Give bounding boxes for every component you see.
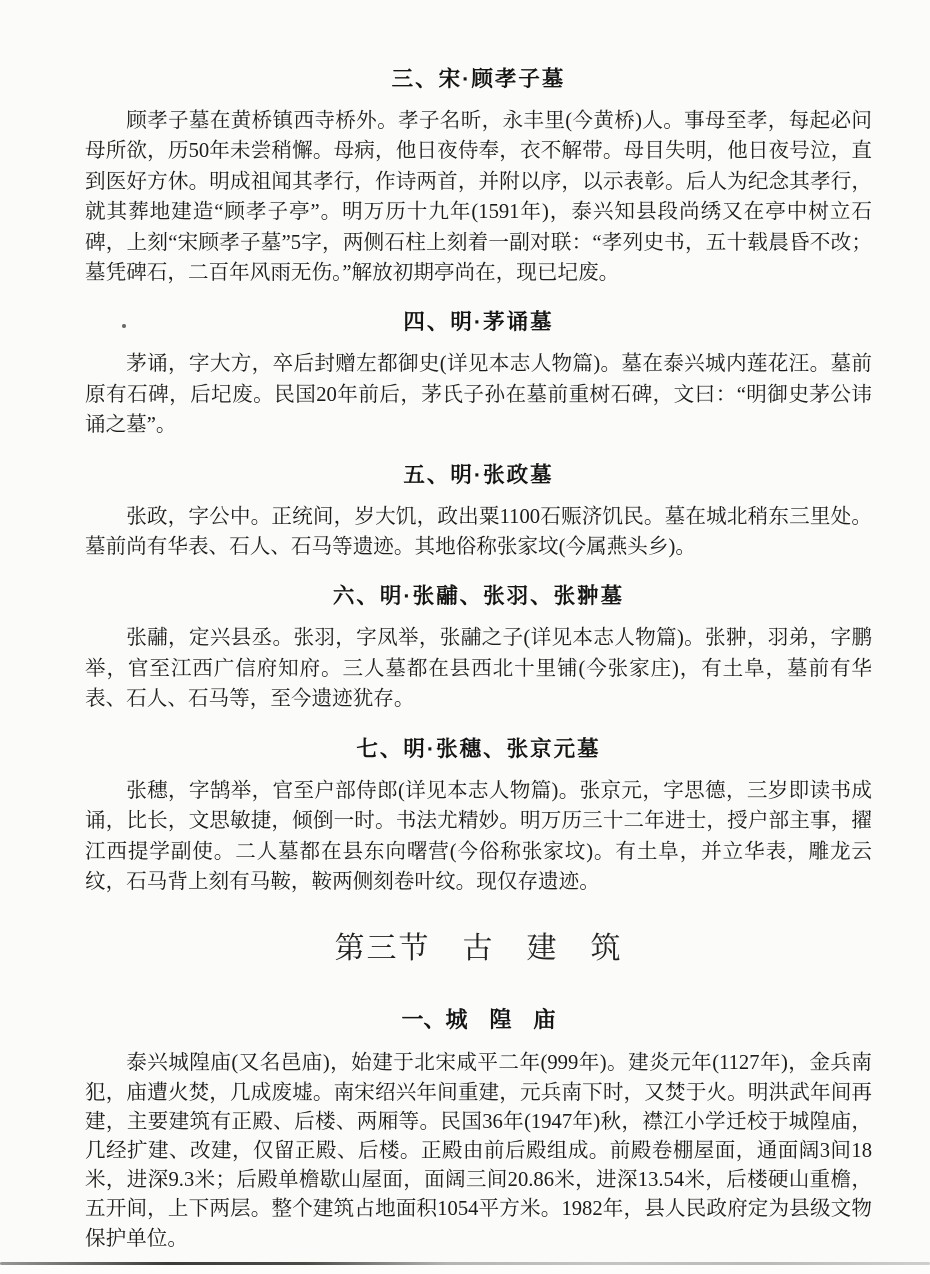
section-heading: 五、明·张政墓 bbox=[85, 462, 872, 488]
section-paragraph: 张穗，字鹄举，官至户部侍郎(详见本志人物篇)。张京元，字思德，三岁即读书成诵，比… bbox=[85, 776, 872, 898]
section-song-gu-xiaozi-tomb: 三、宋·顾孝子墓 顾孝子墓在黄桥镇西寺桥外。孝子名昕，永丰里(今黄桥)人。事母至… bbox=[85, 66, 872, 288]
section-ming-zhang-zheng-tomb: 五、明·张政墓 张政，字公中。正统间，岁大饥，政出粟1100石赈济饥民。墓在城北… bbox=[85, 462, 872, 563]
section-ming-mao-song-tomb: 四、明·茅诵墓 茅诵，字大方，卒后封赠左都御史(详见本志人物篇)。墓在泰兴城内莲… bbox=[85, 309, 872, 440]
page-content: 三、宋·顾孝子墓 顾孝子墓在黄桥镇西寺桥外。孝子名昕，永丰里(今黄桥)人。事母至… bbox=[85, 60, 872, 1254]
section-ming-zhang-sui-jingyuan-tombs: 七、明·张穗、张京元墓 张穗，字鹄举，官至户部侍郎(详见本志人物篇)。张京元，字… bbox=[85, 736, 872, 898]
section-paragraph: 张鬴，定兴县丞。张羽，字凤举，张鬴之子(详见本志人物篇)。张翀，羽弟，字鹏举，官… bbox=[85, 623, 872, 714]
section-paragraph: 顾孝子墓在黄桥镇西寺桥外。孝子名昕，永丰里(今黄桥)人。事母至孝，每起必问母所欲… bbox=[85, 106, 872, 288]
subsection-paragraph: 泰兴城隍庙(又名邑庙)，始建于北宋咸平二年(999年)。建炎元年(1127年)，… bbox=[85, 1049, 872, 1253]
section-paragraph: 张政，字公中。正统间，岁大饥，政出粟1100石赈济饥民。墓在城北稍东三里处。墓前… bbox=[85, 502, 872, 563]
chapter-title: 第三节 古 建 筑 bbox=[85, 931, 872, 967]
section-ming-zhang-fu-yu-chong-tombs: 六、明·张鬴、张羽、张翀墓 张鬴，定兴县丞。张羽，字凤举，张鬴之子(详见本志人物… bbox=[85, 583, 872, 714]
section-heading: 四、明·茅诵墓 bbox=[85, 309, 872, 335]
scan-edge-below bbox=[0, 1265, 930, 1274]
scan-artifact-dot bbox=[122, 324, 126, 328]
section-heading: 三、宋·顾孝子墓 bbox=[85, 66, 872, 92]
scanned-book-page: 三、宋·顾孝子墓 顾孝子墓在黄桥镇西寺桥外。孝子名昕，永丰里(今黄桥)人。事母至… bbox=[0, 0, 930, 1274]
section-heading: 六、明·张鬴、张羽、张翀墓 bbox=[85, 583, 872, 609]
section-heading: 七、明·张穗、张京元墓 bbox=[85, 736, 872, 762]
section-paragraph: 茅诵，字大方，卒后封赠左都御史(详见本志人物篇)。墓在泰兴城内莲花汪。墓前原有石… bbox=[85, 349, 872, 440]
subsection-heading: 一、城 隍 庙 bbox=[85, 1007, 872, 1033]
